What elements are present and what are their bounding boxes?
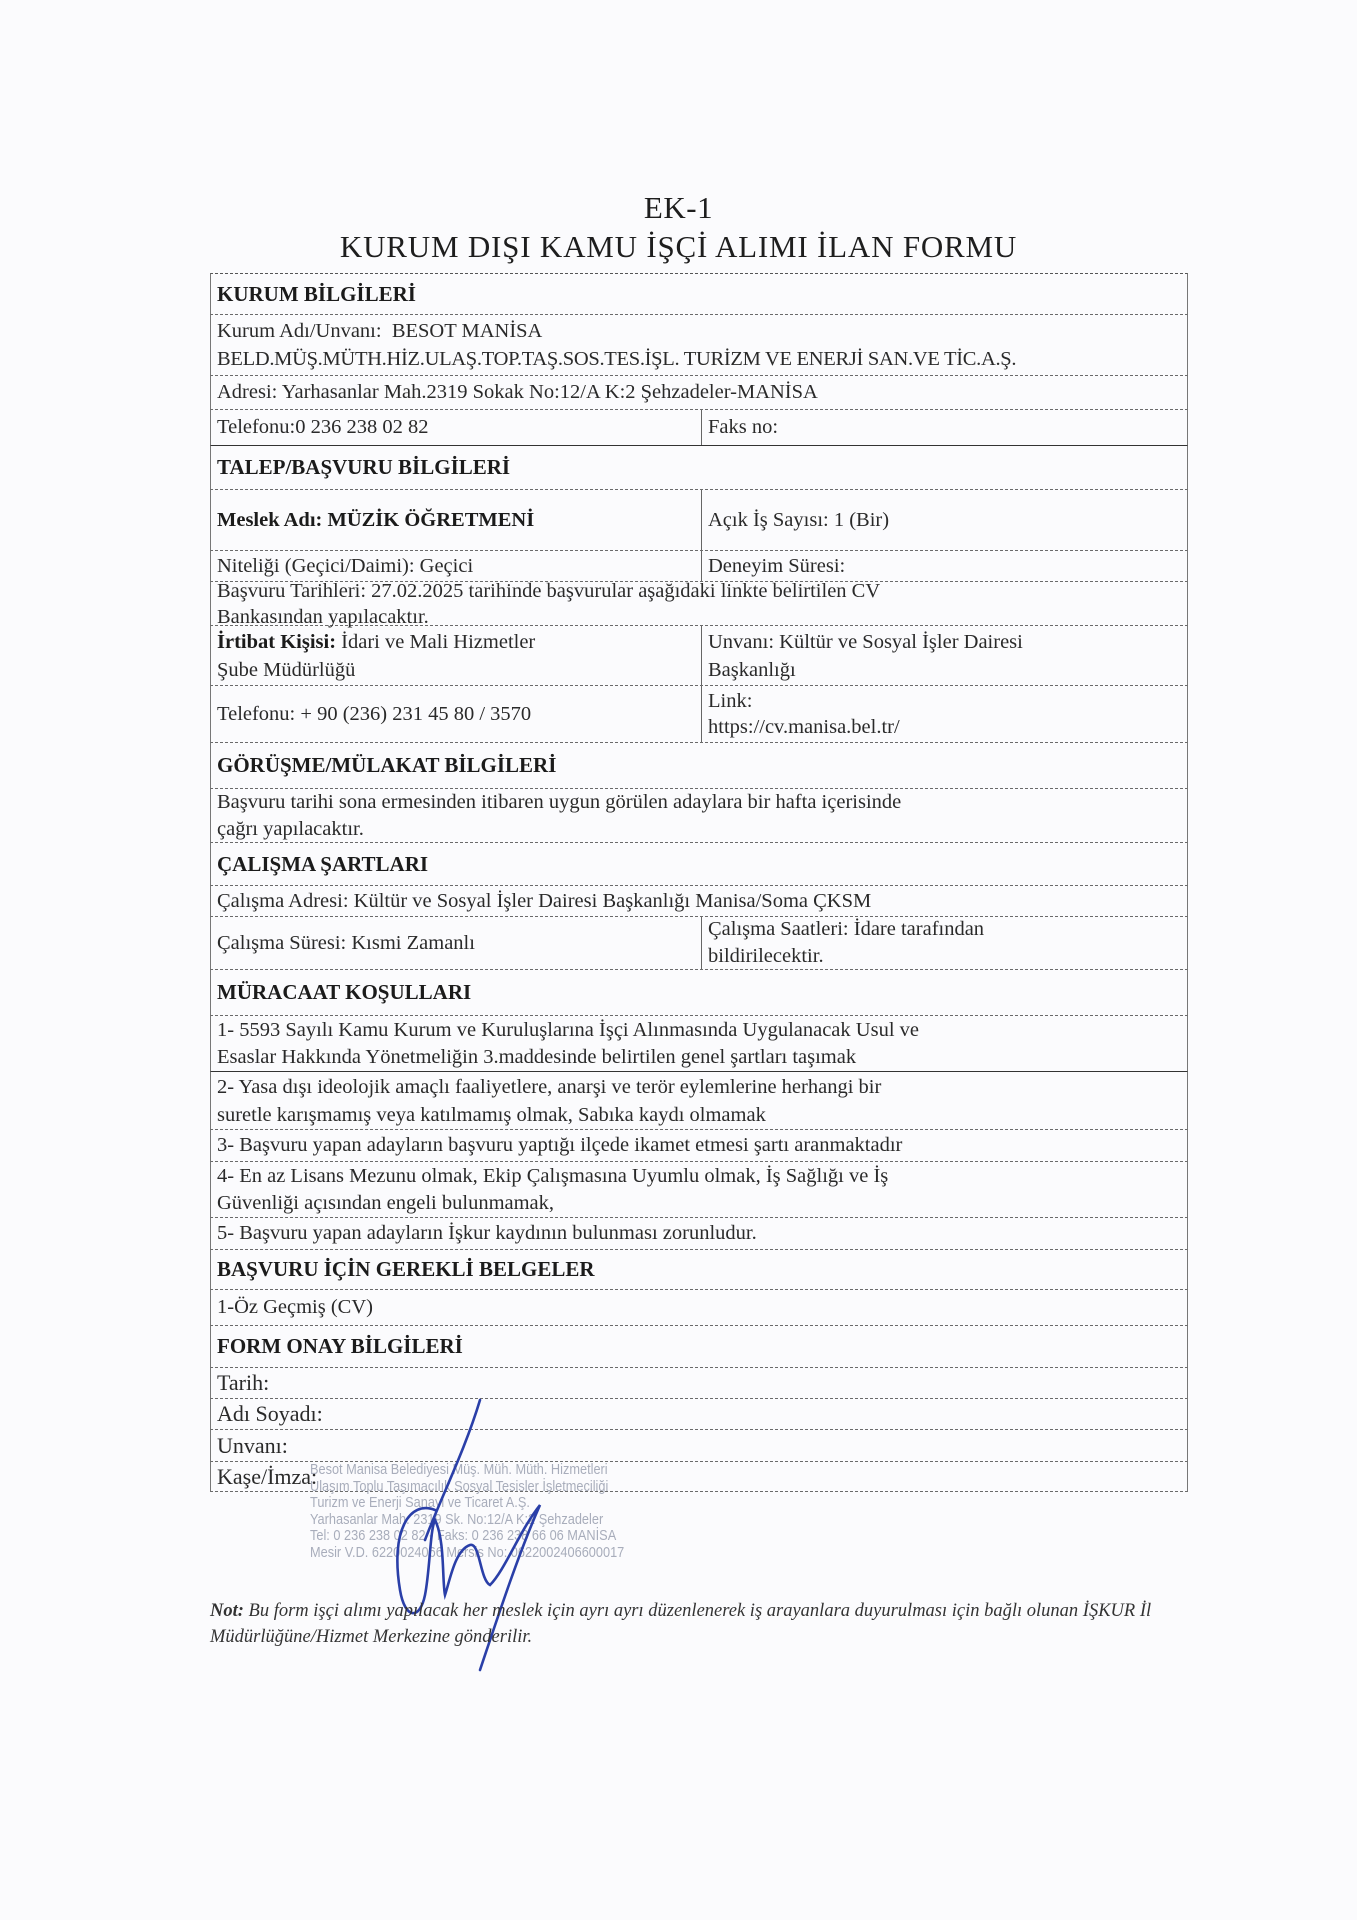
seal-label: Kaşe/İmza: xyxy=(211,1462,1187,1491)
stamp-line: Turizm ve Enerji Sanayi ve Ticaret A.Ş. xyxy=(310,1495,676,1512)
requirement-item: 1- 5593 Sayılı Kamu Kurum ve Kuruluşları… xyxy=(210,1016,1188,1072)
requirement-text-cont: suretle karışmamış veya katılmamış olmak… xyxy=(217,1101,1181,1129)
requirement-text: 3- Başvuru yapan adayların başvuru yaptı… xyxy=(211,1130,1187,1161)
section-title: BAŞVURU İÇİN GEREKLİ BELGELER xyxy=(211,1250,1187,1289)
work-hours: Çalışma Saatleri: İdare tarafından xyxy=(708,916,1181,943)
requirements-header: MÜRACAAT KOŞULLARI xyxy=(210,970,1188,1016)
contact-title-cont: Başkanlığı xyxy=(708,656,1181,684)
interview-text-cont: çağrı yapılacaktır. xyxy=(217,816,1181,843)
application-dates-row: Başvuru Tarihleri: 27.02.2025 tarihinde … xyxy=(210,582,1188,626)
institution-name-row: Kurum Adı/Unvanı: BESOT MANİSA BELD.MÜŞ.… xyxy=(210,315,1188,376)
approval-title-row: Unvanı: xyxy=(210,1430,1188,1462)
institution-address-row: Adresi: Yarhasanlar Mah.2319 Sokak No:12… xyxy=(210,376,1188,410)
requirement-item: 3- Başvuru yapan adayların başvuru yaptı… xyxy=(210,1130,1188,1162)
contact-label: İrtibat Kişisi: xyxy=(217,631,336,653)
stamp-line: Yarhasanlar Mah. 2319 Sk. No:12/A K:2 Şe… xyxy=(310,1512,676,1529)
job-nature: Niteliği (Geçici/Daimi): Geçici xyxy=(211,551,702,581)
requirement-item: 2- Yasa dışı ideolojik amaçlı faaliyetle… xyxy=(210,1072,1188,1130)
institution-name-value: BESOT MANİSA xyxy=(392,320,543,342)
date-label: Tarih: xyxy=(211,1368,1187,1398)
contact-title: Unvanı: Kültür ve Sosyal İşler Dairesi xyxy=(708,628,1181,656)
stamp-line: Tel: 0 236 238 02 82 - Faks: 0 236 238 6… xyxy=(310,1528,676,1545)
application-dates: Başvuru Tarihleri: 27.02.2025 tarihinde … xyxy=(217,578,1181,604)
document-text: 1-Öz Geçmiş (CV) xyxy=(211,1290,1187,1325)
section-title: TALEP/BAŞVURU BİLGİLERİ xyxy=(211,446,1187,489)
section-title: MÜRACAAT KOŞULLARI xyxy=(211,970,1187,1015)
note-text: Bu form işçi alımı yapılacak her meslek … xyxy=(210,1601,1151,1647)
work-duration: Çalışma Süresi: Kısmi Zamanlı xyxy=(211,917,702,969)
stamp-line: Mesir V.D. 6220024066 Mersis No: 0622002… xyxy=(310,1545,676,1562)
requirement-text: 1- 5593 Sayılı Kamu Kurum ve Kuruluşları… xyxy=(217,1017,1181,1044)
institution-phone: Telefonu:0 236 238 02 82 xyxy=(211,410,702,445)
form-title: KURUM DIŞI KAMU İŞÇİ ALIMI İLAN FORMU xyxy=(0,229,1357,265)
approval-name-row: Adı Soyadı: xyxy=(210,1399,1188,1430)
working-conditions-header: ÇALIŞMA ŞARTLARI xyxy=(210,843,1188,886)
experience: Deneyim Süresi: xyxy=(702,551,1187,581)
contact-row: İrtibat Kişisi: İdari ve Mali Hizmetler … xyxy=(210,626,1188,686)
work-duration-row: Çalışma Süresi: Kısmi Zamanlı Çalışma Sa… xyxy=(210,917,1188,970)
approval-date-row: Tarih: xyxy=(210,1368,1188,1399)
cv-link[interactable]: https://cv.manisa.bel.tr/ xyxy=(708,714,1181,740)
institution-section-header: KURUM BİLGİLERİ xyxy=(210,273,1188,315)
requirement-text-cont: Esaslar Hakkında Yönetmeliğin 3.maddesin… xyxy=(217,1044,1181,1071)
interview-text: Başvuru tarihi sona ermesinden itibaren … xyxy=(217,789,1181,816)
section-title: FORM ONAY BİLGİLERİ xyxy=(211,1326,1187,1367)
institution-phone-row: Telefonu:0 236 238 02 82 Faks no: xyxy=(210,410,1188,446)
interview-text-row: Başvuru tarihi sona ermesinden itibaren … xyxy=(210,789,1188,843)
requirement-item: 4- En az Lisans Mezunu olmak, Ekip Çalış… xyxy=(210,1162,1188,1218)
requirement-text: 2- Yasa dışı ideolojik amaçlı faaliyetle… xyxy=(217,1073,1181,1101)
work-address: Çalışma Adresi: Kültür ve Sosyal İşler D… xyxy=(211,886,1187,916)
title-label: Unvanı: xyxy=(211,1430,1187,1461)
occupation-label: Meslek Adı: xyxy=(217,509,322,531)
section-title: GÖRÜŞME/MÜLAKAT BİLGİLERİ xyxy=(211,743,1187,788)
requirement-text-cont: Güvenliği açısından engeli bulunmamak, xyxy=(217,1190,1181,1217)
request-section-header: TALEP/BAŞVURU BİLGİLERİ xyxy=(210,446,1188,490)
link-label: Link: xyxy=(708,688,1181,714)
contact-phone: Telefonu: + 90 (236) 231 45 80 / 3570 xyxy=(211,686,702,742)
contact-value-cont: Şube Müdürlüğü xyxy=(217,656,695,684)
section-title: KURUM BİLGİLERİ xyxy=(211,274,1187,314)
open-positions: Açık İş Sayısı: 1 (Bir) xyxy=(702,490,1187,550)
footnote: Not: Bu form işçi alımı yapılacak her me… xyxy=(210,1598,1200,1650)
name-label: Adı Soyadı: xyxy=(211,1399,1187,1429)
requirement-text: 5- Başvuru yapan adayların İşkur kaydını… xyxy=(211,1218,1187,1249)
contact-value: İdari ve Mali Hizmetler xyxy=(341,631,535,653)
institution-fax: Faks no: xyxy=(702,410,1187,445)
section-title: ÇALIŞMA ŞARTLARI xyxy=(211,843,1187,885)
work-hours-cont: bildirilecektir. xyxy=(708,943,1181,970)
document-item: 1-Öz Geçmiş (CV) xyxy=(210,1290,1188,1326)
approval-header: FORM ONAY BİLGİLERİ xyxy=(210,1326,1188,1368)
interview-section-header: GÖRÜŞME/MÜLAKAT BİLGİLERİ xyxy=(210,743,1188,789)
institution-name-label: Kurum Adı/Unvanı: xyxy=(217,320,382,342)
contact-phone-row: Telefonu: + 90 (236) 231 45 80 / 3570 Li… xyxy=(210,686,1188,743)
documents-header: BAŞVURU İÇİN GEREKLİ BELGELER xyxy=(210,1250,1188,1290)
requirement-item: 5- Başvuru yapan adayların İşkur kaydını… xyxy=(210,1218,1188,1250)
job-posting-form: KURUM BİLGİLERİ Kurum Adı/Unvanı: BESOT … xyxy=(210,273,1188,1492)
approval-seal-row: Kaşe/İmza: xyxy=(210,1462,1188,1492)
annex-label: EK-1 xyxy=(0,190,1357,226)
occupation-value: MÜZİK ÖĞRETMENİ xyxy=(327,509,534,531)
requirement-text: 4- En az Lisans Mezunu olmak, Ekip Çalış… xyxy=(217,1163,1181,1190)
institution-address: Adresi: Yarhasanlar Mah.2319 Sokak No:12… xyxy=(211,376,1187,409)
institution-name-value-cont: BELD.MÜŞ.MÜTH.HİZ.ULAŞ.TOP.TAŞ.SOS.TES.İ… xyxy=(217,345,1181,373)
work-address-row: Çalışma Adresi: Kültür ve Sosyal İşler D… xyxy=(210,886,1188,917)
note-label: Not: xyxy=(210,1601,244,1621)
occupation-row: Meslek Adı: MÜZİK ÖĞRETMENİ Açık İş Sayı… xyxy=(210,490,1188,551)
